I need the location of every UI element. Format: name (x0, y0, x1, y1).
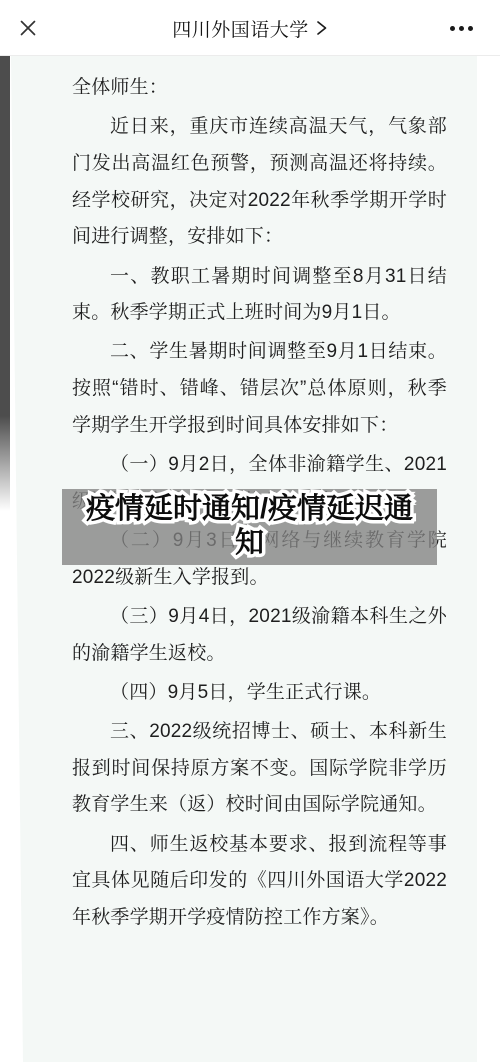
image-dark-edge (0, 56, 10, 516)
chevron-right-icon (315, 19, 328, 37)
paragraph: 三、2022级统招博士、硕士、本科新生报到时间保持原方案不变。国际学院非学历教育… (72, 714, 447, 824)
more-menu-button[interactable] (444, 16, 478, 40)
article-stage: 全体师生： 近日来，重庆市连续高温天气，气象部门发出高温红色预警，预测高温还将持… (0, 56, 500, 1062)
paragraph: （三）9月4日，2021级渝籍本科生之外的渝籍学生返校。 (72, 599, 447, 672)
overlay-title: 疫情延时通知/疫情延迟通知 疫情延时通知/疫情延迟通知 (62, 492, 437, 560)
watermark-overlay: 疫情延时通知/疫情延迟通知 疫情延时通知/疫情延迟通知 (62, 489, 437, 565)
paragraph: 全体师生： (72, 70, 447, 107)
close-x-icon (18, 18, 38, 38)
page-title-text: 四川外国语大学 (172, 15, 309, 42)
paragraph: 四、师生返校基本要求、报到流程等事宜具体见随后印发的《四川外国语大学2022年秋… (72, 827, 447, 937)
more-dots-icon (450, 26, 473, 31)
paragraph: 一、教职工暑期时间调整至8月31日结束。秋季学期正式上班时间为9月1日。 (72, 259, 447, 332)
wechat-article-viewer: 四川外国语大学 全体师生： 近日来，重庆市连续高温天气，气象部门发出高温红色预警… (0, 0, 500, 1062)
paragraph: 二、学生暑期时间调整至9月1日结束。按照“错时、错峰、错层次”总体原则，秋季学期… (72, 334, 447, 444)
top-bar: 四川外国语大学 (0, 0, 500, 56)
paragraph: 近日来，重庆市连续高温天气，气象部门发出高温红色预警，预测高温还将持续。经学校研… (72, 109, 447, 256)
paragraph: （四）9月5日，学生正式行课。 (72, 675, 447, 712)
close-button[interactable] (14, 14, 42, 42)
account-title-link[interactable]: 四川外国语大学 (70, 0, 430, 56)
